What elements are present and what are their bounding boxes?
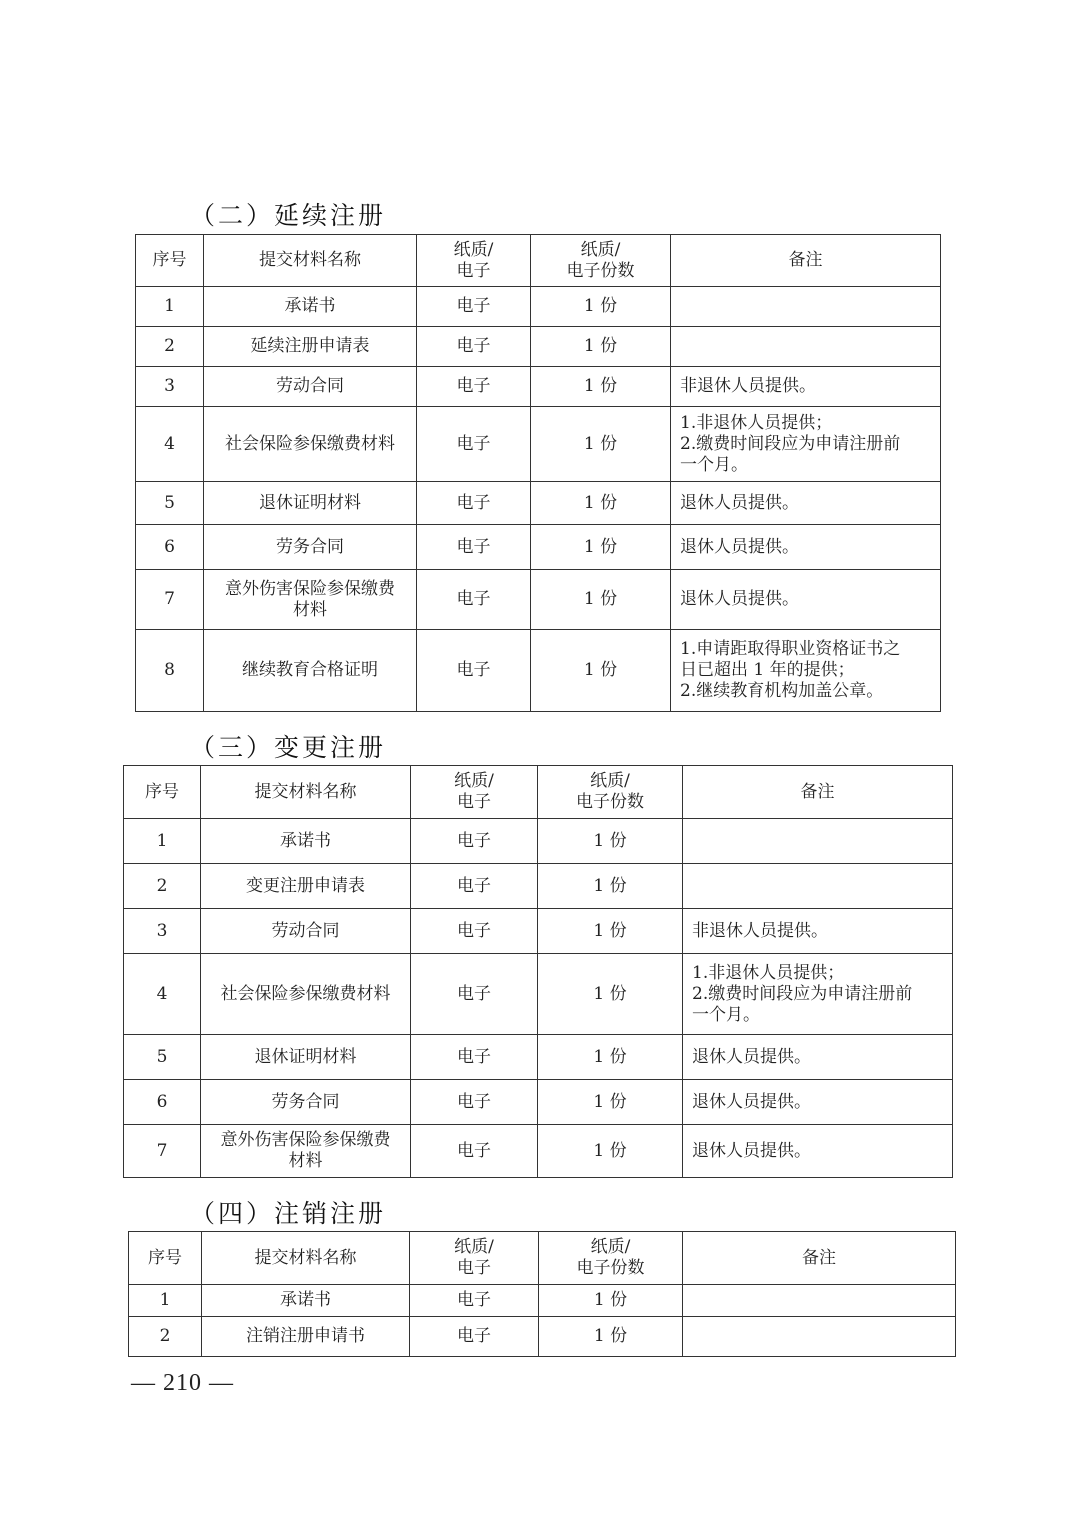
row-index-line: 5 xyxy=(128,1047,196,1068)
material-format: 电子 xyxy=(417,482,531,525)
material-format-line: 电子 xyxy=(421,537,526,558)
material-notes-line: 1.非退休人员提供； xyxy=(692,963,948,984)
material-notes xyxy=(683,819,953,864)
material-format-line: 电子 xyxy=(414,1326,534,1347)
material-name: 延续注册申请表 xyxy=(204,327,417,367)
material-format-line: 电子 xyxy=(421,434,526,455)
header-copies-line: 纸质/ xyxy=(542,771,678,792)
material-notes: 1.非退休人员提供；2.缴费时间段应为申请注册前一个月。 xyxy=(683,954,953,1035)
material-copies: 1 份 xyxy=(531,327,671,367)
table-row: 7意外伤害保险参保缴费材料电子1 份退休人员提供。 xyxy=(136,570,941,630)
section-title-cancel: （四）注销注册 xyxy=(190,1194,386,1230)
header-format-line: 电子 xyxy=(414,1258,534,1279)
material-notes: 非退休人员提供。 xyxy=(671,367,941,407)
material-name-line: 意外伤害保险参保缴费 xyxy=(205,1130,406,1151)
material-copies: 1 份 xyxy=(538,1125,683,1178)
material-name-line: 承诺书 xyxy=(206,1290,405,1311)
table-row: 6劳务合同电子1 份退休人员提供。 xyxy=(124,1080,953,1125)
material-copies-line: 1 份 xyxy=(542,1092,678,1113)
material-name-line: 材料 xyxy=(205,1151,406,1172)
material-format: 电子 xyxy=(411,1080,538,1125)
material-notes: 退休人员提供。 xyxy=(683,1080,953,1125)
table-row: 4社会保险参保缴费材料电子1 份1.非退休人员提供；2.缴费时间段应为申请注册前… xyxy=(124,954,953,1035)
row-index: 1 xyxy=(124,819,201,864)
material-copies: 1 份 xyxy=(531,367,671,407)
row-index-line: 6 xyxy=(128,1092,196,1113)
row-index-line: 2 xyxy=(128,876,196,897)
renewal-materials-table: 序号提交材料名称纸质/电子纸质/电子份数备注1承诺书电子1 份2延续注册申请表电… xyxy=(135,234,941,712)
row-index-line: 7 xyxy=(128,1141,196,1162)
material-format-line: 电子 xyxy=(415,921,533,942)
material-format: 电子 xyxy=(410,1317,539,1357)
header-format: 纸质/电子 xyxy=(410,1232,539,1285)
material-format: 电子 xyxy=(411,1035,538,1080)
material-format-line: 电子 xyxy=(415,876,533,897)
material-format-line: 电子 xyxy=(415,831,533,852)
material-notes xyxy=(671,287,941,327)
material-notes: 退休人员提供。 xyxy=(671,482,941,525)
header-index-line: 序号 xyxy=(140,250,199,271)
table-row: 1承诺书电子1 份 xyxy=(124,819,953,864)
material-copies-line: 1 份 xyxy=(535,493,666,514)
header-index-line: 序号 xyxy=(128,782,196,803)
material-name-line: 社会保险参保缴费材料 xyxy=(205,984,406,1005)
table-row: 5退休证明材料电子1 份退休人员提供。 xyxy=(124,1035,953,1080)
row-index: 6 xyxy=(136,525,204,570)
material-format: 电子 xyxy=(411,954,538,1035)
material-format: 电子 xyxy=(410,1285,539,1317)
material-format-line: 电子 xyxy=(421,376,526,397)
table-header-row: 序号提交材料名称纸质/电子纸质/电子份数备注 xyxy=(124,766,953,819)
row-index: 4 xyxy=(124,954,201,1035)
table-row: 2注销注册申请书电子1 份 xyxy=(129,1317,956,1357)
header-copies-line: 纸质/ xyxy=(535,240,666,261)
header-notes-line: 备注 xyxy=(687,782,948,803)
material-name: 承诺书 xyxy=(204,287,417,327)
row-index: 2 xyxy=(124,864,201,909)
material-format-line: 电子 xyxy=(421,336,526,357)
row-index: 7 xyxy=(136,570,204,630)
table-row: 3劳动合同电子1 份非退休人员提供。 xyxy=(136,367,941,407)
material-format: 电子 xyxy=(417,327,531,367)
table-row: 7意外伤害保险参保缴费材料电子1 份退休人员提供。 xyxy=(124,1125,953,1178)
material-copies: 1 份 xyxy=(539,1317,683,1357)
material-copies: 1 份 xyxy=(531,482,671,525)
header-material-name-line: 提交材料名称 xyxy=(205,782,406,803)
header-format-line: 纸质/ xyxy=(415,771,533,792)
header-copies-line: 电子份数 xyxy=(542,792,678,813)
header-notes-line: 备注 xyxy=(675,250,936,271)
material-notes-line: 一个月。 xyxy=(680,455,936,476)
material-notes: 1.申请距取得职业资格证书之日已超出 1 年的提供；2.继续教育机构加盖公章。 xyxy=(671,630,941,712)
material-copies: 1 份 xyxy=(531,630,671,712)
row-index-line: 7 xyxy=(140,589,199,610)
header-copies-line: 电子份数 xyxy=(535,261,666,282)
material-format-line: 电子 xyxy=(415,1141,533,1162)
header-copies: 纸质/电子份数 xyxy=(538,766,683,819)
material-copies: 1 份 xyxy=(538,909,683,954)
material-name: 退休证明材料 xyxy=(201,1035,411,1080)
material-copies-line: 1 份 xyxy=(535,336,666,357)
material-name-line: 退休证明材料 xyxy=(208,493,412,514)
table-header-row: 序号提交材料名称纸质/电子纸质/电子份数备注 xyxy=(136,235,941,287)
material-copies: 1 份 xyxy=(531,287,671,327)
material-copies-line: 1 份 xyxy=(535,434,666,455)
header-copies: 纸质/电子份数 xyxy=(539,1232,683,1285)
material-format: 电子 xyxy=(411,864,538,909)
material-notes: 退休人员提供。 xyxy=(683,1125,953,1178)
material-copies-line: 1 份 xyxy=(535,537,666,558)
table-row: 1承诺书电子1 份 xyxy=(136,287,941,327)
material-notes-line: 一个月。 xyxy=(692,1005,948,1026)
section-title-renewal: （二）延续注册 xyxy=(190,196,386,232)
material-format-line: 电子 xyxy=(415,984,533,1005)
row-index-line: 6 xyxy=(140,537,199,558)
row-index-line: 4 xyxy=(128,984,196,1005)
header-material-name: 提交材料名称 xyxy=(202,1232,410,1285)
material-copies: 1 份 xyxy=(538,864,683,909)
material-name-line: 注销注册申请书 xyxy=(206,1326,405,1347)
material-format-line: 电子 xyxy=(421,296,526,317)
material-format: 电子 xyxy=(417,525,531,570)
material-notes-line: 2.缴费时间段应为申请注册前 xyxy=(680,434,936,455)
header-index: 序号 xyxy=(129,1232,202,1285)
material-format: 电子 xyxy=(417,570,531,630)
material-copies-line: 1 份 xyxy=(543,1290,678,1311)
row-index-line: 1 xyxy=(128,831,196,852)
material-copies: 1 份 xyxy=(538,954,683,1035)
material-name: 劳动合同 xyxy=(204,367,417,407)
header-copies-line: 纸质/ xyxy=(543,1237,678,1258)
row-index-line: 2 xyxy=(133,1326,197,1347)
row-index: 2 xyxy=(136,327,204,367)
material-name: 劳动合同 xyxy=(201,909,411,954)
header-notes: 备注 xyxy=(683,766,953,819)
header-copies: 纸质/电子份数 xyxy=(531,235,671,287)
material-copies: 1 份 xyxy=(531,525,671,570)
material-copies: 1 份 xyxy=(538,1035,683,1080)
header-notes: 备注 xyxy=(671,235,941,287)
material-notes-line: 退休人员提供。 xyxy=(692,1141,948,1162)
material-name: 意外伤害保险参保缴费材料 xyxy=(201,1125,411,1178)
material-format-line: 电子 xyxy=(421,493,526,514)
material-name-line: 社会保险参保缴费材料 xyxy=(208,434,412,455)
material-notes-line: 2.缴费时间段应为申请注册前 xyxy=(692,984,948,1005)
material-notes xyxy=(683,1317,956,1357)
row-index: 4 xyxy=(136,407,204,482)
material-name-line: 延续注册申请表 xyxy=(208,336,412,357)
material-format-line: 电子 xyxy=(415,1092,533,1113)
material-format: 电子 xyxy=(417,287,531,327)
table-row: 6劳务合同电子1 份退休人员提供。 xyxy=(136,525,941,570)
material-name: 意外伤害保险参保缴费材料 xyxy=(204,570,417,630)
material-name: 承诺书 xyxy=(201,819,411,864)
material-notes-line: 2.继续教育机构加盖公章。 xyxy=(680,681,936,702)
material-format: 电子 xyxy=(417,407,531,482)
header-format-line: 电子 xyxy=(415,792,533,813)
header-material-name: 提交材料名称 xyxy=(204,235,417,287)
material-name: 承诺书 xyxy=(202,1285,410,1317)
material-name: 注销注册申请书 xyxy=(202,1317,410,1357)
material-name-line: 劳务合同 xyxy=(205,1092,406,1113)
row-index-line: 4 xyxy=(140,434,199,455)
material-name-line: 劳动合同 xyxy=(208,376,412,397)
header-copies-line: 电子份数 xyxy=(543,1258,678,1279)
material-copies: 1 份 xyxy=(539,1285,683,1317)
material-name-line: 承诺书 xyxy=(205,831,406,852)
header-notes: 备注 xyxy=(683,1232,956,1285)
material-copies-line: 1 份 xyxy=(543,1326,678,1347)
row-index: 3 xyxy=(136,367,204,407)
material-notes-line: 1.非退休人员提供； xyxy=(680,413,936,434)
material-format-line: 电子 xyxy=(421,589,526,610)
material-copies: 1 份 xyxy=(538,819,683,864)
material-format: 电子 xyxy=(411,909,538,954)
material-name: 劳务合同 xyxy=(201,1080,411,1125)
row-index: 6 xyxy=(124,1080,201,1125)
table-row: 2变更注册申请表电子1 份 xyxy=(124,864,953,909)
material-name: 变更注册申请表 xyxy=(201,864,411,909)
change-materials-table: 序号提交材料名称纸质/电子纸质/电子份数备注1承诺书电子1 份2变更注册申请表电… xyxy=(123,765,953,1178)
header-format-line: 纸质/ xyxy=(414,1237,534,1258)
row-index: 8 xyxy=(136,630,204,712)
material-name-line: 退休证明材料 xyxy=(205,1047,406,1068)
row-index: 3 xyxy=(124,909,201,954)
material-notes: 退休人员提供。 xyxy=(683,1035,953,1080)
header-material-name: 提交材料名称 xyxy=(201,766,411,819)
material-name: 社会保险参保缴费材料 xyxy=(201,954,411,1035)
material-name-line: 劳务合同 xyxy=(208,537,412,558)
material-name: 继续教育合格证明 xyxy=(204,630,417,712)
header-format-line: 纸质/ xyxy=(421,240,526,261)
material-name-line: 材料 xyxy=(208,600,412,621)
material-notes xyxy=(683,864,953,909)
row-index: 5 xyxy=(136,482,204,525)
header-format: 纸质/电子 xyxy=(417,235,531,287)
material-notes-line: 日已超出 1 年的提供； xyxy=(680,660,936,681)
material-notes xyxy=(683,1285,956,1317)
page-number: — 210 — xyxy=(131,1370,234,1397)
material-copies-line: 1 份 xyxy=(542,1047,678,1068)
row-index: 1 xyxy=(136,287,204,327)
material-format: 电子 xyxy=(417,367,531,407)
material-name-line: 劳动合同 xyxy=(205,921,406,942)
header-material-name-line: 提交材料名称 xyxy=(206,1248,405,1269)
table-header-row: 序号提交材料名称纸质/电子纸质/电子份数备注 xyxy=(129,1232,956,1285)
header-index: 序号 xyxy=(136,235,204,287)
header-index: 序号 xyxy=(124,766,201,819)
row-index-line: 5 xyxy=(140,493,199,514)
table-row: 8继续教育合格证明电子1 份1.申请距取得职业资格证书之日已超出 1 年的提供；… xyxy=(136,630,941,712)
row-index-line: 3 xyxy=(140,376,199,397)
table-row: 5退休证明材料电子1 份退休人员提供。 xyxy=(136,482,941,525)
table-row: 1承诺书电子1 份 xyxy=(129,1285,956,1317)
material-copies-line: 1 份 xyxy=(535,376,666,397)
row-index-line: 1 xyxy=(133,1290,197,1311)
material-copies-line: 1 份 xyxy=(542,876,678,897)
header-format-line: 电子 xyxy=(421,261,526,282)
material-format: 电子 xyxy=(411,819,538,864)
material-format-line: 电子 xyxy=(415,1047,533,1068)
material-notes-line: 非退休人员提供。 xyxy=(680,376,936,397)
material-notes-line: 退休人员提供。 xyxy=(692,1047,948,1068)
material-copies: 1 份 xyxy=(531,570,671,630)
header-notes-line: 备注 xyxy=(687,1248,951,1269)
material-name: 社会保险参保缴费材料 xyxy=(204,407,417,482)
material-notes: 1.非退休人员提供；2.缴费时间段应为申请注册前一个月。 xyxy=(671,407,941,482)
material-notes-line: 退休人员提供。 xyxy=(680,537,936,558)
material-format: 电子 xyxy=(417,630,531,712)
table-row: 2延续注册申请表电子1 份 xyxy=(136,327,941,367)
material-format-line: 电子 xyxy=(414,1290,534,1311)
row-index: 7 xyxy=(124,1125,201,1178)
material-format: 电子 xyxy=(411,1125,538,1178)
material-notes: 退休人员提供。 xyxy=(671,525,941,570)
material-notes: 非退休人员提供。 xyxy=(683,909,953,954)
material-copies-line: 1 份 xyxy=(542,1141,678,1162)
row-index: 5 xyxy=(124,1035,201,1080)
row-index: 2 xyxy=(129,1317,202,1357)
material-copies-line: 1 份 xyxy=(535,296,666,317)
row-index-line: 3 xyxy=(128,921,196,942)
material-notes-line: 非退休人员提供。 xyxy=(692,921,948,942)
material-notes xyxy=(671,327,941,367)
section-title-change: （三）变更注册 xyxy=(190,728,386,764)
row-index-line: 2 xyxy=(140,336,199,357)
material-notes-line: 退休人员提供。 xyxy=(680,589,936,610)
material-notes: 退休人员提供。 xyxy=(671,570,941,630)
material-notes-line: 退休人员提供。 xyxy=(692,1092,948,1113)
row-index-line: 1 xyxy=(140,296,199,317)
material-name-line: 承诺书 xyxy=(208,296,412,317)
material-copies: 1 份 xyxy=(538,1080,683,1125)
material-name-line: 意外伤害保险参保缴费 xyxy=(208,579,412,600)
header-index-line: 序号 xyxy=(133,1248,197,1269)
row-index-line: 8 xyxy=(140,660,199,681)
header-material-name-line: 提交材料名称 xyxy=(208,250,412,271)
material-copies-line: 1 份 xyxy=(542,984,678,1005)
material-name: 退休证明材料 xyxy=(204,482,417,525)
table-row: 3劳动合同电子1 份非退休人员提供。 xyxy=(124,909,953,954)
material-copies-line: 1 份 xyxy=(542,831,678,852)
cancel-materials-table: 序号提交材料名称纸质/电子纸质/电子份数备注1承诺书电子1 份2注销注册申请书电… xyxy=(128,1231,956,1357)
material-format-line: 电子 xyxy=(421,660,526,681)
material-copies-line: 1 份 xyxy=(535,660,666,681)
material-name-line: 继续教育合格证明 xyxy=(208,660,412,681)
material-copies-line: 1 份 xyxy=(542,921,678,942)
material-copies: 1 份 xyxy=(531,407,671,482)
material-notes-line: 退休人员提供。 xyxy=(680,493,936,514)
material-name-line: 变更注册申请表 xyxy=(205,876,406,897)
material-name: 劳务合同 xyxy=(204,525,417,570)
row-index: 1 xyxy=(129,1285,202,1317)
material-copies-line: 1 份 xyxy=(535,589,666,610)
material-notes-line: 1.申请距取得职业资格证书之 xyxy=(680,639,936,660)
header-format: 纸质/电子 xyxy=(411,766,538,819)
table-row: 4社会保险参保缴费材料电子1 份1.非退休人员提供；2.缴费时间段应为申请注册前… xyxy=(136,407,941,482)
